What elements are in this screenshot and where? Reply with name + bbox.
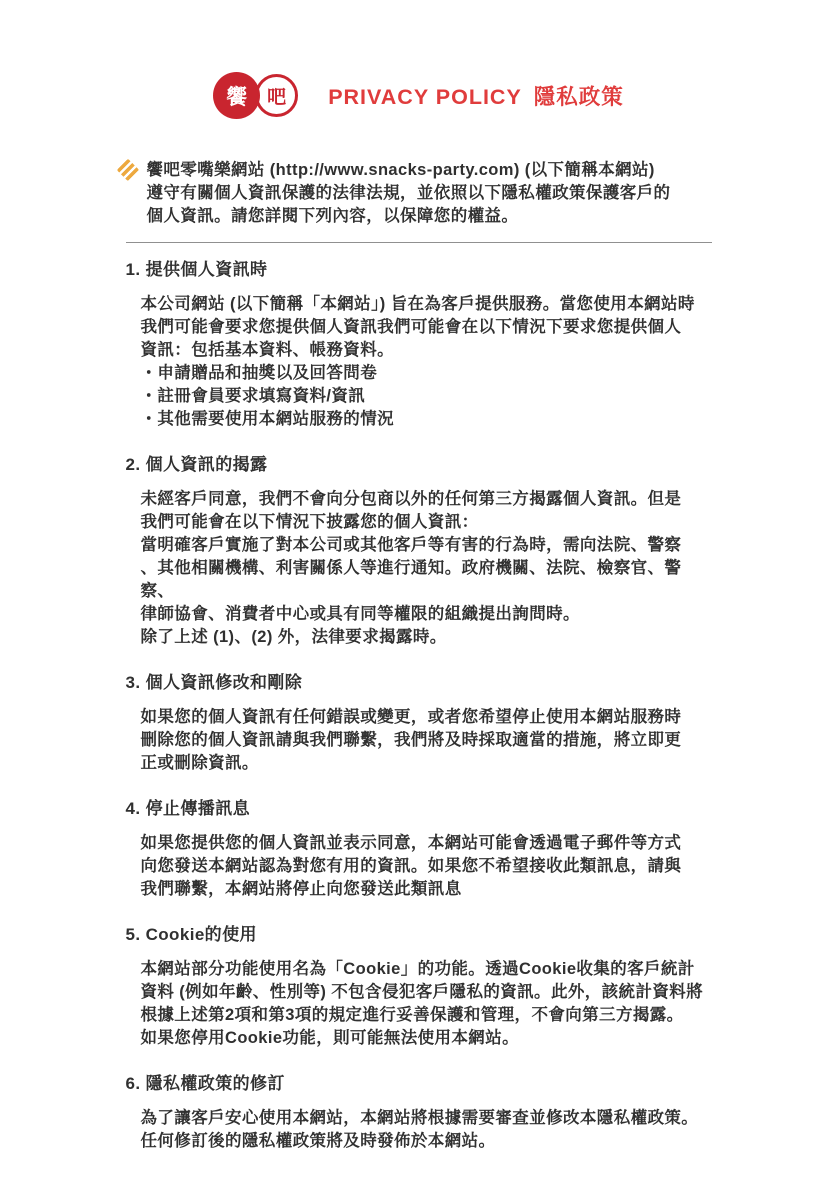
section-4-title: 4. 停止傳播訊息: [126, 797, 712, 821]
logo-right-circle: 吧: [255, 74, 298, 117]
policy-section-5: 5. Cookie的使用 本網站部分功能使用名為「Cookie」的功能。透過Co…: [126, 923, 712, 1050]
intro-note: 饗吧零嘴樂網站 (http://www.snacks-party.com) (以…: [126, 159, 712, 228]
policy-section-1: 1. 提供個人資訊時 本公司網站 (以下簡稱「本網站」) 旨在為客戶提供服務。當…: [126, 258, 712, 431]
page-title-zh: 隱私政策: [534, 80, 624, 111]
page-title: PRIVACY POLICY 隱私政策: [328, 80, 624, 111]
policy-section-2: 2. 個人資訊的揭露 未經客戶同意，我們不會向分包商以外的任何第三方揭露個人資訊…: [126, 453, 712, 649]
privacy-policy-page: 饗 吧 PRIVACY POLICY 隱私政策 饗吧零嘴樂網站 (http://…: [0, 0, 837, 1200]
policy-section-6: 6. 隱私權政策的修訂 為了讓客戶安心使用本網站，本網站將根據需要審查並修改本隱…: [126, 1072, 712, 1153]
policy-section-3: 3. 個人資訊修改和剛除 如果您的個人資訊有任何錯誤或變更，或者您希望停止使用本…: [126, 671, 712, 775]
logo-left-circle: 饗: [213, 72, 260, 119]
page-title-en: PRIVACY POLICY: [328, 85, 522, 110]
section-1-body: 本公司網站 (以下簡稱「本網站」) 旨在為客戶提供服務。當您使用本網站時 我們可…: [141, 293, 712, 431]
section-6-title: 6. 隱私權政策的修訂: [126, 1072, 712, 1096]
section-5-body: 本網站部分功能使用名為「Cookie」的功能。透過Cookie收集的客戶統計 資…: [141, 958, 712, 1050]
section-4-body: 如果您提供您的個人資訊並表示同意，本網站可能會透過電子郵件等方式 向您發送本網站…: [141, 832, 712, 901]
section-5-title: 5. Cookie的使用: [126, 923, 712, 947]
section-6-body: 為了讓客戶安心使用本網站，本網站將根據需要審查並修改本隱私權政策。 任何修訂後的…: [141, 1107, 712, 1153]
intro-text: 饗吧零嘴樂網站 (http://www.snacks-party.com) (以…: [147, 159, 671, 228]
policy-content: 饗吧零嘴樂網站 (http://www.snacks-party.com) (以…: [126, 159, 712, 1153]
section-1-title: 1. 提供個人資訊時: [126, 258, 712, 282]
page-header: 饗 吧 PRIVACY POLICY 隱私政策: [0, 0, 837, 119]
section-divider: [126, 242, 712, 243]
section-3-title: 3. 個人資訊修改和剛除: [126, 671, 712, 695]
brand-logo: 饗 吧: [213, 72, 298, 119]
section-3-body: 如果您的個人資訊有任何錯誤或變更，或者您希望停止使用本網站服務時 刪除您的個人資…: [141, 706, 712, 775]
striped-diamond-icon: [116, 159, 139, 182]
policy-section-4: 4. 停止傳播訊息 如果您提供您的個人資訊並表示同意，本網站可能會透過電子郵件等…: [126, 797, 712, 901]
section-2-body: 未經客戶同意，我們不會向分包商以外的任何第三方揭露個人資訊。但是 我們可能會在以…: [141, 488, 712, 649]
section-2-title: 2. 個人資訊的揭露: [126, 453, 712, 477]
